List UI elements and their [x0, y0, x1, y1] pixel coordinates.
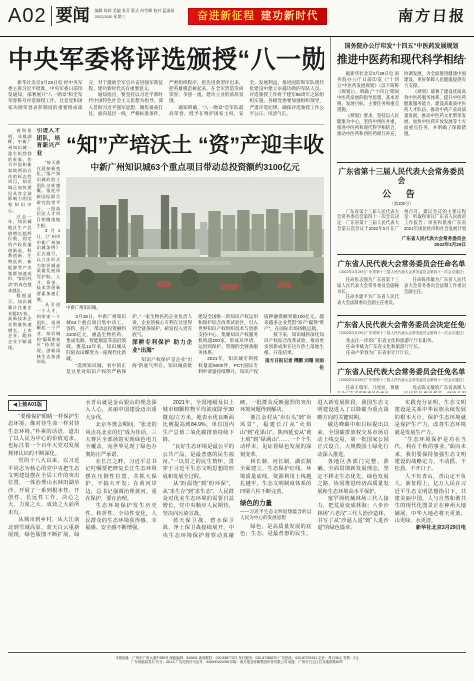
- green-power-dashline: ——习近平生态文明思想蕴含的以人民为中心的发展思想: [240, 509, 311, 522]
- headline-junwei: 中央军委将评选颁授“八一勋章”: [8, 40, 324, 76]
- xinhua-dateline-ending: 新华社北京3月29日电: [395, 525, 466, 532]
- right-zone: 国务院办公厅印发“十四五”中医药发展规划 推进中医药和现代科学相结合 据新华社北…: [330, 37, 466, 393]
- kc-side-body: 春和景明，凤凰湖畔，中新广州知识城一派生机勃勃的景象。作为中国和新加坡两国合作的…: [8, 128, 32, 350]
- left-zone: 中央军委将评选颁授“八一勋章” 新华社北京3月29日电 经中央军委主席习近平批准…: [8, 37, 324, 393]
- kc-side-subhead: 引进人才团队，培育新兴产业: [37, 128, 61, 158]
- announcement-gonggao: 广东省第十三届人民代表大会常务委员会 公 告 （第105号） 广东省第十三届人民…: [337, 167, 466, 249]
- date-label: 2022/3/30 星期三: [95, 14, 175, 20]
- masthead-logo: 南方日报: [397, 5, 467, 27]
- kc-main-column: “知”产培沃土 “资”产迎丰收 中新广州知识城63个重点项目带动总投资额约310…: [66, 128, 324, 393]
- header-divider: [51, 6, 52, 26]
- announcement-renming: 广东省人民代表大会常务委员会任命名单 （2022年3月29日广东省第十三届人民代…: [337, 259, 466, 310]
- tcm-body: 据新华社北京3月29日电 国务院办公厅日前印发《“十四五”中医药发展规划》（以下…: [337, 71, 466, 157]
- continued-from-tag: ◀上接A01版: [8, 400, 47, 411]
- section-title: 要闻: [56, 5, 90, 27]
- slogan-banner: 奋进新征程建功新时代: [188, 8, 327, 25]
- page-header: A02 要闻 编辑 陈晖 美编 张芬 版式 何雪峰 校对 蓝淑茹 2022/3/…: [0, 0, 474, 37]
- tcm-headline: 推进中医药和现代科学相结合: [337, 52, 466, 67]
- renmian-body: 任命王瑞军、马宪民、黄晓东为广东省监察委员会委员。任命刘洪为广东省高级人民法院审…: [337, 385, 466, 393]
- renmian-title: 广东省人民代表大会常务委员会任免名单: [337, 367, 466, 377]
- slogan-part2: 建功新时代: [261, 10, 319, 22]
- jueding-body: 免去汪一洋的广东省文化和旅游厅厅长职务。任命李斌为广东省文化和旅游厅厅长。任命卢…: [337, 338, 466, 357]
- article-separator-rule: [8, 124, 324, 125]
- page-footer: 本报地址：广州市广州大道中289号 邮政编码：510601 新闻报料：020-8…: [8, 652, 466, 665]
- renmian-dateline: （2022年3月29日广东省第十三届人民代表大会常务委员会第四十一次会议通过）: [337, 378, 466, 383]
- renming-dateline: （2022年3月29日广东省第十三届人民代表大会常务委员会第四十一次会议通过）: [337, 270, 466, 275]
- gonggao-title: 公 告: [337, 187, 466, 200]
- gonggao-sign-date: 2022年3月29日: [337, 242, 466, 249]
- gonggao-org-line: 广东省第十三届人民代表大会常务委员会: [337, 167, 466, 186]
- section-rule: [337, 362, 466, 363]
- announcement-jueding: 广东省人民代表大会常务委员会决定任免名单 （2022年3月29日广东省第十三届人…: [337, 320, 466, 357]
- article-junwei-body: 新华社北京3月29日电 经中央军委主席习近平批准，中央军委日前印发通知，部署展开…: [8, 80, 324, 120]
- kc-headline: “知”产培沃土 “资”产迎丰收: [66, 129, 324, 159]
- kc-body-subhead: 深耕专利保护 助力企业“出海”: [132, 340, 192, 355]
- continued-article: ◀上接A01版 “要像保护眼睛一样保护生态环境，像对待生命一样对待生态环境。”朴…: [8, 395, 466, 648]
- top-main-area: 中央军委将评选颁授“八一勋章” 新华社北京3月29日电 经中央军委主席习近平批准…: [0, 37, 474, 393]
- jueding-dateline: （2022年3月29日广东省第十三届人民代表大会常务委员会第四十一次会议通过）: [337, 331, 466, 336]
- edition-credits: 编辑 陈晖 美编 张芬 版式 何雪峰 校对 蓝淑茹 2022/3/30 星期三: [95, 8, 175, 19]
- gonggao-body: 广东省第十三届人民代表大会常务委员会第四十一次会议决定：广东省第十三届人民代表大…: [337, 209, 466, 236]
- kc-byline: 南方日报记者 傅鹏 刘珊 吴雨伦: [264, 358, 324, 370]
- gonggao-number: （第105号）: [337, 201, 466, 207]
- renming-body: 任命张志强为广东省第十三届人民代表大会常务委员会副秘书长。任命李建平为广东省人民…: [337, 277, 466, 310]
- kc-side-column: 春和景明，凤凰湖畔，中新广州知识城一派生机勃勃的景象。作为中国和新加坡两国合作的…: [8, 128, 60, 393]
- slogan-part1: 奋进新征程: [197, 10, 255, 22]
- kc-body-columns: 3月28日，中新广州知识城63个重点项目集中动工、签约、投产，带动总投资额约31…: [66, 314, 324, 394]
- green-power-subhead: 绿色的力量: [240, 499, 311, 508]
- announcement-renmian: 广东省人民代表大会常务委员会任免名单 （2022年3月29日广东省第十三届人民代…: [337, 367, 466, 393]
- photo-caption: 中新广州知识城。: [66, 305, 324, 311]
- footer-info-line2: 广东省邮局发行 代号：45-10 广告经营许可证号：440000100058 印…: [8, 660, 466, 665]
- jueding-title: 广东省人民代表大会常务委员会决定任免名单: [337, 320, 466, 330]
- kc-side-body2: “每天都在迎接新变化。”落户知识城的院士团队这样感慨。依托中新国际联合研究院等平…: [37, 160, 61, 365]
- tcm-eyebrow: 国务院办公厅印发“十四五”中医药发展规划: [337, 41, 466, 50]
- section-rule: [337, 162, 466, 163]
- section-rule: [337, 315, 466, 316]
- city-photo: [66, 177, 324, 303]
- kc-subheadline: 中新广州知识城63个重点项目带动总投资额约3100亿元: [66, 161, 324, 173]
- credits-line: 编辑 陈晖 美编 张芬 版式 何雪峰 校对 蓝淑茹: [95, 8, 175, 14]
- renming-title: 广东省人民代表大会常务委员会任命名单: [337, 259, 466, 269]
- section-rule: [337, 254, 466, 255]
- article-kc: 春和景明，凤凰湖畔，中新广州知识城一派生机勃勃的景象。作为中国和新加坡两国合作的…: [8, 128, 324, 393]
- page-number-label: A02: [8, 5, 47, 27]
